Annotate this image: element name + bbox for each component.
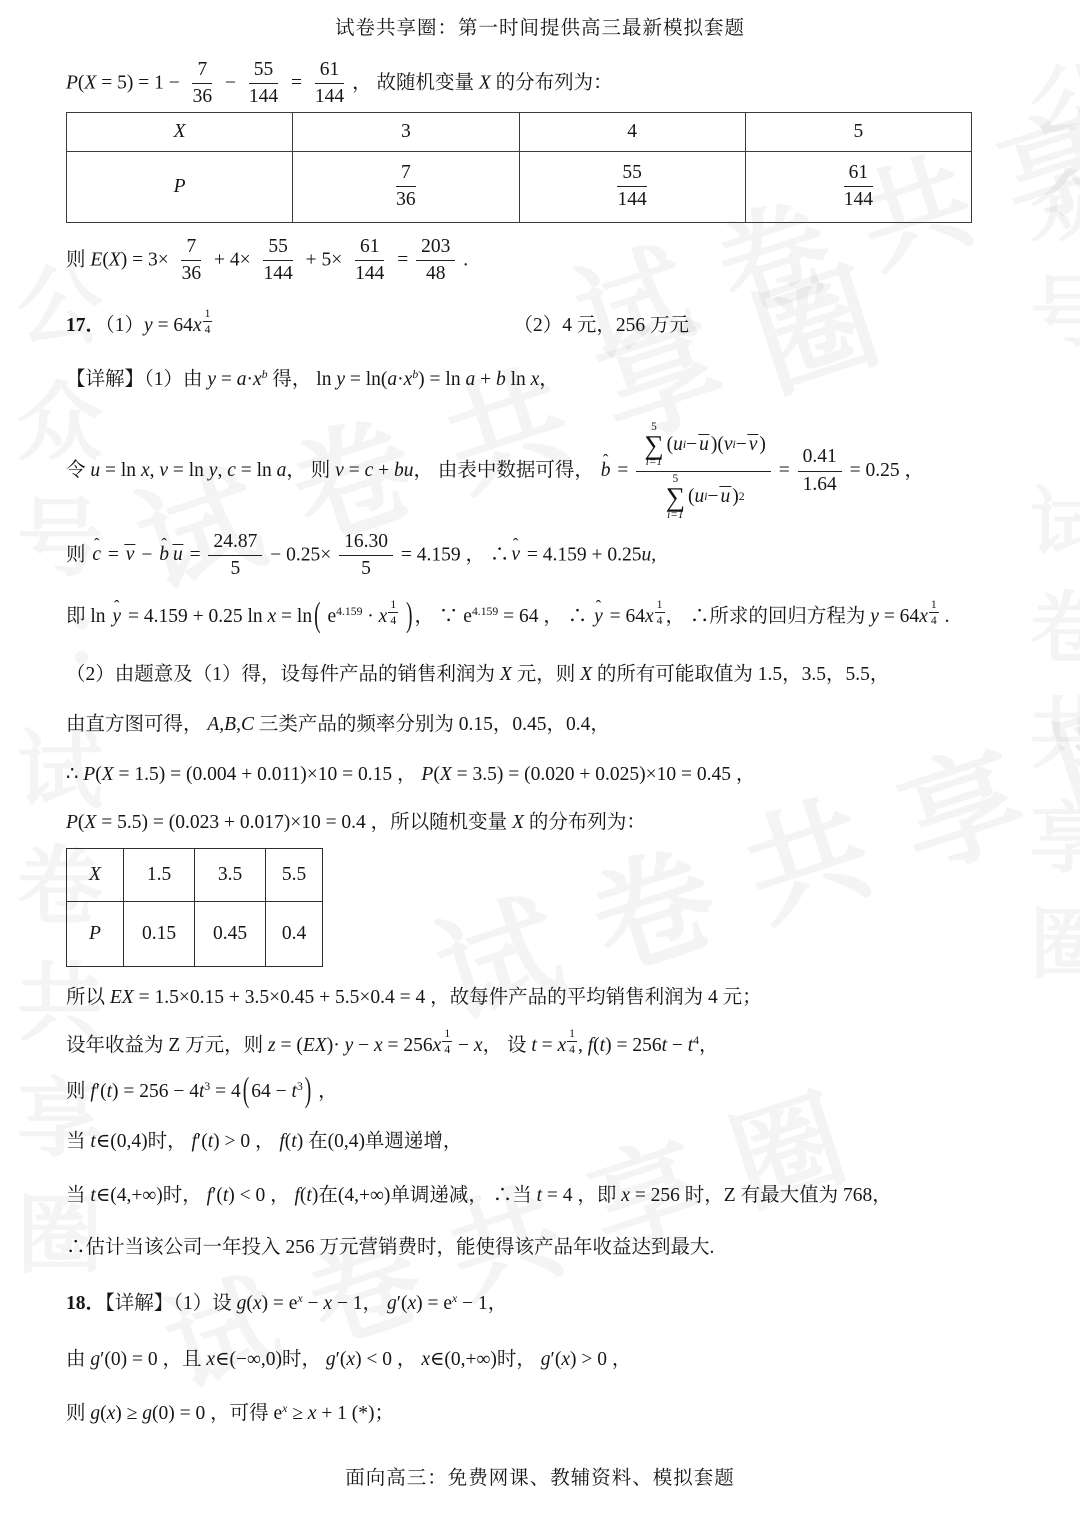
text-run: 3.5 (218, 864, 242, 885)
table-cell: 0.4 (266, 901, 323, 966)
text-run: − (220, 72, 241, 93)
fraction: 55144 (258, 235, 297, 287)
text-run: = 256 时，Z 有最大值为 768， (630, 1185, 892, 1206)
text-run: − 0.25× (265, 544, 336, 565)
fraction-denominator: 1.64 (798, 472, 842, 497)
text-run: 元，则 (512, 664, 580, 685)
fraction: 736 (391, 161, 421, 213)
line-g-prime0: 由 g′(0) = 0 ，且 x∈(−∞,0)时， g′(x) < 0 ， x∈… (66, 1343, 1024, 1371)
math-variable: x (621, 1185, 630, 1206)
fraction-numerator: 1 (567, 1027, 577, 1042)
text-run: = ( (276, 1035, 303, 1056)
text-run: . (940, 606, 950, 627)
math-variable: X (174, 121, 186, 142)
text-run: ′( (212, 1185, 223, 1206)
text-run: ， (313, 1081, 337, 1102)
text-run: = 0.25 ， (845, 460, 924, 481)
math-variable: y (144, 315, 153, 336)
math-variable: g (142, 1403, 152, 1424)
table-cell: 3 (293, 112, 519, 151)
text-run: ) = 256 − 4 (112, 1081, 199, 1102)
superscript: 14 (928, 598, 940, 628)
line-p15-p35: ∴ P(X = 1.5) = (0.004 + 0.011)×10 = 0.15… (66, 758, 1024, 786)
accented-variable: u (698, 434, 710, 456)
text-run: ∈(−∞,0)时， (215, 1349, 326, 1370)
text-run: , (651, 544, 656, 565)
page-footer: 面向高三：免费网课、教辅资料、模拟套题 (0, 1462, 1080, 1490)
math-variable: X (109, 249, 121, 270)
math-variable: P (66, 72, 78, 93)
table-cell: 61144 (745, 151, 971, 222)
accented-variable: ˆv (510, 544, 521, 566)
text-run: · (362, 606, 378, 627)
text-run: = ln (100, 460, 141, 481)
left-paren: ( (314, 597, 321, 637)
text-run: ≥ (287, 1403, 307, 1424)
line-lnyhat: 即 ln ˆy = 4.159 + 0.25 ln x = ln( e4.159… (66, 598, 1024, 628)
text-run: ， 故随机变量 (352, 72, 479, 93)
text-run: − (667, 1035, 688, 1056)
fraction: 55144 (613, 161, 652, 213)
accented-variable: ˆb (158, 544, 170, 566)
bar-accent (172, 544, 183, 545)
text-run: ， (699, 1035, 719, 1056)
text-run: 64 − (251, 1081, 291, 1102)
text-run: ∴估计当该公司一年投入 256 万元营销费时，能使得该产品年收益达到最大. (66, 1237, 714, 1258)
text-run: , (217, 460, 227, 481)
text-run: 3 (297, 1080, 303, 1093)
fraction-numerator: 1 (388, 598, 398, 613)
text-run: 3 (401, 121, 411, 142)
text-run: )· (327, 1035, 345, 1056)
table-cell: X (67, 112, 293, 151)
line-p55: P(X = 5.5) = (0.023 + 0.017)×10 = 0.4 ，所… (66, 806, 1024, 834)
line-ex-155: 所以 EX = 1.5×0.15 + 3.5×0.45 + 5.5×0.4 = … (66, 981, 1024, 1009)
text-run: 当 (66, 1185, 90, 1206)
fraction-numerator: 16.30 (339, 530, 393, 556)
hat-accent: ˆ (114, 597, 120, 617)
math-variable: x (323, 1293, 332, 1314)
fraction-denominator: 144 (350, 261, 389, 286)
text-run: = (774, 460, 795, 481)
text-run: 由直方图可得， (66, 714, 207, 735)
math-variable: A,B,C (207, 714, 254, 735)
text-run: 5 (854, 121, 864, 142)
math-variable: g (541, 1349, 551, 1370)
hat-accent: ˆ (596, 597, 602, 617)
bar-accent (698, 434, 709, 435)
text-run: = (613, 460, 634, 481)
text-run: − 1， (457, 1293, 507, 1314)
line-substitution-bhat: 令 u = ln x, v = ln y, c = ln a， 则 v = c … (66, 421, 1024, 522)
table-cell: 5 (745, 112, 971, 151)
text-run: − (707, 486, 718, 508)
math-variable: x (206, 1349, 215, 1370)
text-run: − (136, 544, 157, 565)
text-run: (0) = 0 ，可得 e (152, 1403, 282, 1424)
table-cell: 55144 (519, 151, 745, 222)
text-run: 的所有可能取值为 1.5，3.5，5.5， (592, 664, 889, 685)
text-run: = 5.5) = (0.023 + 0.017)×10 = 0.4 ，所以随机变… (96, 812, 512, 833)
text-run: = (216, 369, 237, 390)
accented-variable: ˆy (111, 606, 122, 628)
table-cell: 0.45 (195, 901, 266, 966)
line-ex-345: 则 E(X) = 3× 736 + 4× 55144 + 5× 61144 = … (66, 235, 1024, 287)
math-variable: u (641, 544, 651, 565)
text-run: = 1.5×0.15 + 3.5×0.45 + 5.5×0.4 = 4 ，故每件… (134, 987, 762, 1008)
text-run: = (392, 249, 413, 270)
fraction: 736 (177, 235, 207, 287)
accented-variable: v (125, 544, 136, 566)
table-cell: 736 (293, 151, 519, 222)
text-run: ， ∴所求的回归方程为 (666, 606, 871, 627)
text-run: = (344, 460, 365, 481)
text-run: ∴ (66, 764, 83, 785)
fraction-denominator: 144 (613, 187, 652, 212)
text-run: )在(4,+∞)单调递减， ∴当 (312, 1185, 537, 1206)
accented-variable: u (719, 486, 731, 508)
text-run: 4.159 (472, 605, 498, 618)
bold-label: 18． (66, 1293, 105, 1314)
text-run: 的分布列为： (491, 72, 613, 93)
math-variable: u (90, 460, 100, 481)
table-cell: 3.5 (195, 848, 266, 901)
line-t-4inf: 当 t∈(4,+∞)时， f′(t) < 0 ， f(t)在(4,+∞)单调递减… (66, 1179, 1024, 1207)
math-variable: P (83, 764, 95, 785)
text-run: = (286, 72, 307, 93)
text-run: − (736, 434, 747, 456)
text-run: ∈(0,4)时， (96, 1131, 192, 1152)
text-run: ) ≥ (115, 1403, 142, 1424)
fraction-denominator: 4 (203, 322, 213, 336)
page-header: 试卷共享圈：第一时间提供高三最新模拟套题 (0, 12, 1080, 40)
text-run: ′(0) = 0 ，且 (100, 1349, 206, 1370)
fraction: 14 (388, 598, 398, 628)
fraction: 61144 (350, 235, 389, 287)
text-run: ) = ln (418, 369, 465, 390)
math-variable: bu (394, 460, 414, 481)
math-variable: X (84, 72, 96, 93)
text-run: ) = 256 (605, 1035, 662, 1056)
tbl-x155: X1.53.55.5P0.150.450.4 (66, 848, 323, 967)
text-run: )( (711, 434, 724, 456)
text-run: + 5× (301, 249, 347, 270)
superscript: 14 (654, 598, 666, 628)
text-run: 所以 (66, 987, 110, 1008)
table-cell: P (67, 901, 124, 966)
sigma-icon: ∑ (666, 485, 685, 509)
text-run: 4 (627, 121, 637, 142)
text-run: ) < 0 ， (355, 1349, 421, 1370)
math-variable: v (724, 434, 733, 456)
fraction-numerator: 1 (203, 307, 213, 322)
table-row: X345 (67, 112, 972, 151)
text-run: ， 由表中数据可得， (413, 460, 598, 481)
right-paren: ) (406, 597, 413, 637)
text-run: 即 ln (66, 606, 110, 627)
text-run: ′( (336, 1349, 347, 1370)
text-run: ′( (551, 1349, 562, 1370)
solution-content: P(X = 5) = 1 − 736 − 55144 = 61144， 故随机变… (0, 58, 1080, 1445)
math-variable: x (268, 606, 277, 627)
line-2-intro: （2）由题意及（1）得，设每件产品的销售利润为 X 元，则 X 的所有可能取值为… (66, 658, 1024, 686)
math-variable: X (580, 664, 592, 685)
math-variable: x (141, 460, 150, 481)
math-variable: z (268, 1035, 276, 1056)
text-run: 【详解】（1）设 (105, 1293, 237, 1314)
text-run: = 64 (879, 606, 919, 627)
math-variable: x (404, 369, 413, 390)
text-run: 1.5 (147, 864, 171, 885)
text-run: = 64 (153, 315, 193, 336)
line-p-x5: P(X = 5) = 1 − 736 − 55144 = 61144， 故随机变… (66, 58, 1024, 110)
hat-accent: ˆ (513, 535, 519, 555)
math-variable: a (387, 369, 397, 390)
line-z-def: 设年收益为 Z 万元，则 z = (EX)· y − x = 256x14 − … (66, 1027, 1024, 1057)
text-run: , (578, 1035, 588, 1056)
text-run: e (323, 606, 337, 627)
math-variable: x (531, 369, 540, 390)
text-run: = 4 (210, 1081, 241, 1102)
text-run: ∈(0,+∞)时， (430, 1349, 541, 1370)
text-run: 5.5 (282, 864, 306, 885)
fraction: 55144 (244, 58, 283, 110)
fraction: 20348 (416, 235, 455, 287)
math-variable: x (253, 369, 262, 390)
right-paren: ) (305, 1072, 312, 1112)
math-variable: X (512, 812, 524, 833)
fraction: 14 (203, 307, 213, 337)
hat-accent: ˆ (603, 451, 609, 471)
bold-label: 17． (66, 315, 105, 336)
fraction-numerator: 7 (396, 161, 416, 187)
superscript: 3 (297, 1081, 303, 1093)
fraction-numerator: 0.41 (798, 445, 842, 471)
math-variable: X (102, 764, 114, 785)
math-variable: c (227, 460, 236, 481)
superscript: 14 (566, 1027, 578, 1057)
math-variable: X (479, 72, 491, 93)
text-run: = 5) = 1 − (96, 72, 184, 93)
fraction-numerator: 55 (249, 58, 279, 84)
fraction: 61144 (310, 58, 349, 110)
text-run: 设年收益为 Z 万元，则 (66, 1035, 268, 1056)
fraction: 24.875 (208, 530, 262, 582)
text-run: 则 (66, 1081, 90, 1102)
math-variable: X (500, 664, 512, 685)
accented-variable: ˆy (593, 606, 604, 628)
fraction-denominator: 4 (655, 613, 665, 627)
fraction: 0.411.64 (798, 445, 842, 497)
text-run: = ln( (345, 369, 387, 390)
math-variable: x (379, 606, 388, 627)
text-run: ) < 0 ， (228, 1185, 294, 1206)
accented-variable: ˆb (600, 460, 612, 482)
fraction-denominator: 5 (356, 556, 376, 581)
text-run: = (185, 544, 206, 565)
math-variable: P (66, 812, 78, 833)
math-variable: a (237, 369, 247, 390)
math-variable: u (694, 486, 704, 508)
table-cell: 4 (519, 112, 745, 151)
math-variable: EX (303, 1035, 327, 1056)
text-run: ) = e (416, 1293, 452, 1314)
fraction-denominator: 4 (442, 1042, 452, 1056)
text-run: = (537, 1035, 558, 1056)
left-paren: ( (243, 1072, 250, 1112)
text-run: 0.4 (282, 923, 306, 944)
fraction-numerator: 61 (355, 235, 385, 261)
table-row: P0.150.450.4 (67, 901, 323, 966)
line-fprime: 则 f′(t) = 256 − 4t3 = 4(64 − t3) ， (66, 1075, 1024, 1103)
text-run: ， (539, 369, 559, 390)
text-run: ∈(4,+∞)时， (96, 1185, 207, 1206)
sum-lower: i=1 (646, 457, 662, 468)
fraction-denominator: 48 (421, 261, 451, 286)
text-run: ， 设 (483, 1035, 532, 1056)
fraction-numerator: 203 (416, 235, 455, 261)
fraction-numerator: 5∑i=1(ui − u)(vi − v) (636, 421, 771, 472)
text-run: 由 (66, 1349, 90, 1370)
text-run: ) = 3× (121, 249, 174, 270)
math-variable: x (645, 606, 654, 627)
line-answer-17: 17．（1）y = 64x14（2）4 元，256 万元 (66, 307, 1024, 337)
fraction-denominator: 144 (258, 261, 297, 286)
fraction-numerator: 7 (192, 58, 212, 84)
text-run: （2）由题意及（1）得，设每件产品的销售利润为 (66, 664, 500, 685)
math-variable: y (207, 369, 216, 390)
text-run: + (475, 369, 496, 390)
math-variable: v (335, 460, 344, 481)
fraction-numerator: 1 (442, 1027, 452, 1042)
math-variable: x (421, 1349, 430, 1370)
math-variable: x (407, 1293, 416, 1314)
superscript: 4.159 (472, 606, 498, 618)
math-variable: u (673, 434, 683, 456)
accented-variable: v (748, 434, 759, 456)
tbl-x345: X345P7365514461144 (66, 112, 972, 223)
superscript: 4.159 (336, 606, 362, 618)
table-row: P7365514461144 (67, 151, 972, 222)
text-run: = 64 ， ∴ (498, 606, 592, 627)
line-detail-17: 【详解】（1）由 y = a·xb 得， ln y = ln(a·xb) = l… (66, 363, 1024, 391)
math-variable: y (870, 606, 879, 627)
text-run: , (150, 460, 160, 481)
text-run: ′( (397, 1293, 408, 1314)
math-variable: x (107, 1403, 116, 1424)
fraction-numerator: 61 (315, 58, 345, 84)
fraction: 736 (188, 58, 218, 110)
text-run: 则 (66, 544, 90, 565)
math-variable: X (84, 812, 96, 833)
fraction-numerator: 24.87 (208, 530, 262, 556)
math-variable: x (561, 1349, 570, 1370)
text-run: ) (759, 434, 766, 456)
line-conclusion-17: ∴估计当该公司一年投入 256 万元营销费时，能使得该产品年收益达到最大. (66, 1231, 1024, 1259)
text-run: = 4.159 ， ∴ (396, 544, 509, 565)
accented-variable: u (172, 544, 184, 566)
table-cell: X (67, 848, 124, 901)
text-run: = 4 ，即 (542, 1185, 621, 1206)
fraction-denominator: 4 (929, 613, 939, 627)
superscript: 2 (739, 491, 745, 503)
line-freq: 由直方图可得， A,B,C 三类产品的频率分别为 0.15，0.45，0.4， (66, 708, 1024, 736)
text-run: 的分布列为： (524, 812, 646, 833)
math-variable: x (919, 606, 928, 627)
line-detail-18: 18．【详解】（1）设 g(x) = ex − x − 1， g′(x) = e… (66, 1287, 1024, 1315)
fraction-denominator: 4 (567, 1042, 577, 1056)
fraction-numerator: 61 (844, 161, 874, 187)
summation: 5∑i=1 (644, 422, 663, 469)
text-run: = ln (236, 460, 277, 481)
fraction-denominator: 36 (177, 261, 207, 286)
text-run: + 1 (*)； (316, 1403, 394, 1424)
fraction: 5∑i=1(ui − u)(vi − v)5∑i=1(ui − u)2 (636, 421, 771, 522)
text-run: + (373, 460, 394, 481)
text-run: ln (506, 369, 531, 390)
math-variable: EX (110, 987, 134, 1008)
text-run: . (458, 249, 468, 270)
math-variable: a (277, 460, 287, 481)
text-run: 当 (66, 1131, 90, 1152)
fraction-numerator: 55 (617, 161, 647, 187)
accented-variable: ˆc (91, 544, 102, 566)
fraction: 14 (442, 1027, 452, 1057)
superscript: 14 (441, 1027, 453, 1057)
math-variable: g (90, 1349, 100, 1370)
document-page: 公众号：试卷共享圈公众号：试卷共享圈试卷共享圈试卷共享圈试卷共享圈试卷共享圈 试… (0, 0, 1080, 1528)
math-variable: x (558, 1035, 567, 1056)
text-run: = 1.5) = (0.004 + 0.011)×10 = 0.15 ， (114, 764, 422, 785)
math-variable: g (90, 1403, 100, 1424)
fraction: 14 (929, 598, 939, 628)
text-run: 则 (66, 1403, 90, 1424)
math-variable: X (89, 864, 101, 885)
text-run: 三类产品的频率分别为 0.15，0.45，0.4， (254, 714, 610, 735)
text-run: （2）4 元，256 万元 (513, 315, 689, 336)
fraction-numerator: 55 (263, 235, 293, 261)
line-chat: 则 ˆc = v − ˆbu = 24.875 − 0.25× 16.305 =… (66, 530, 1024, 582)
math-variable: X (440, 764, 452, 785)
text-run: ， ∵ e (415, 606, 472, 627)
math-variable: x (374, 1035, 383, 1056)
text-run: ) 在(0,4)单週递增， (297, 1131, 463, 1152)
math-variable: b (496, 369, 506, 390)
fraction-denominator: 5∑i=1(ui − u)2 (658, 472, 750, 522)
math-variable: g (387, 1293, 397, 1314)
text-run: 【详解】（1）由 (66, 369, 207, 390)
math-variable: x (433, 1035, 442, 1056)
fraction-denominator: 36 (391, 187, 421, 212)
fraction: 16.305 (339, 530, 393, 582)
text-run: = 4.159 + 0.25 (522, 544, 642, 565)
table-cell: 0.15 (124, 901, 195, 966)
fraction-denominator: 36 (188, 84, 218, 109)
text-run: = 3.5) = (0.020 + 0.025)×10 = 0.45 ， (452, 764, 756, 785)
text-run: ) > 0 ， (213, 1131, 279, 1152)
text-run: 则 (66, 249, 90, 270)
math-variable: y (345, 1035, 354, 1056)
math-variable: g (326, 1349, 336, 1370)
bar-accent (747, 434, 758, 435)
text-run: 令 (66, 460, 90, 481)
hat-accent: ˆ (161, 535, 167, 555)
hat-accent: ˆ (94, 535, 100, 555)
text-run: 0.45 (213, 923, 247, 944)
line-g-ge: 则 g(x) ≥ g(0) = 0 ，可得 ex ≥ x + 1 (*)； (66, 1397, 1024, 1425)
text-run: ) > 0 ， (570, 1349, 631, 1370)
text-run: ) = e (262, 1293, 298, 1314)
